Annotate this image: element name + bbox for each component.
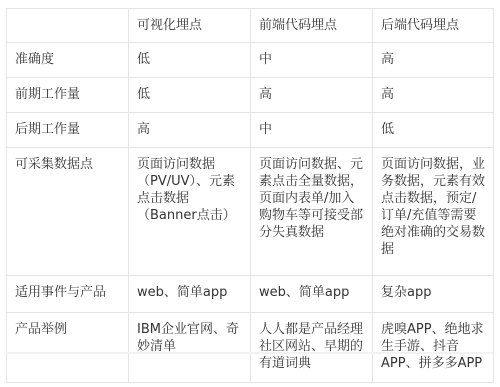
row-label: 可采集数据点 [7, 148, 129, 276]
header-cell-backend-tracking: 后端代码埋点 [373, 9, 494, 43]
row-label: 前期工作量 [7, 78, 129, 113]
row-label: 后期工作量 [7, 113, 129, 148]
table-header-row: 可视化埋点 前端代码埋点 后端代码埋点 [7, 9, 494, 43]
table-cell: 中 [251, 43, 373, 78]
table-cell: IBM企业官网、奇妙清单 [129, 313, 251, 383]
table-bottom-shadow [6, 352, 493, 354]
row-label: 适用事件与产品 [7, 276, 129, 313]
table-cell: 人人都是产品经理社区网站、早期的有道词典 [251, 313, 373, 383]
table-cell: 高 [129, 113, 251, 148]
table-row-applicable-products: 适用事件与产品 web、简单app web、简单app 复杂app [7, 276, 494, 313]
header-cell-visual-tracking: 可视化埋点 [129, 9, 251, 43]
table-cell: 高 [373, 43, 494, 78]
table-cell: web、简单app [251, 276, 373, 313]
table-cell: 高 [251, 78, 373, 113]
comparison-table: 可视化埋点 前端代码埋点 后端代码埋点 准确度 低 中 高 前期工作量 低 高 … [6, 8, 494, 383]
table-row-later-workload: 后期工作量 高 中 低 [7, 113, 494, 148]
header-cell-empty [7, 9, 129, 43]
table-cell: 高 [373, 78, 494, 113]
table-cell: 页面访问数据（PV/UV）、元素点击数据（Banner点击） [129, 148, 251, 276]
table-row-accuracy: 准确度 低 中 高 [7, 43, 494, 78]
table-cell: 低 [373, 113, 494, 148]
table-cell: 中 [251, 113, 373, 148]
table-cell: 复杂app [373, 276, 494, 313]
table-cell: 页面访问数据，业务数据，元素有效点击数据，预定/订单/充值等需要绝对准确的交易数… [373, 148, 494, 276]
row-label: 产品举例 [7, 313, 129, 383]
row-label: 准确度 [7, 43, 129, 78]
table-cell: 低 [129, 43, 251, 78]
table-cell: 虎嗅APP、绝地求生手游、抖音APP、拼多多APP [373, 313, 494, 383]
table-row-collectable-data: 可采集数据点 页面访问数据（PV/UV）、元素点击数据（Banner点击） 页面… [7, 148, 494, 276]
table-row-early-workload: 前期工作量 低 高 高 [7, 78, 494, 113]
table-row-product-examples: 产品举例 IBM企业官网、奇妙清单 人人都是产品经理社区网站、早期的有道词典 虎… [7, 313, 494, 383]
header-cell-frontend-tracking: 前端代码埋点 [251, 9, 373, 43]
table-cell: 低 [129, 78, 251, 113]
table-cell: web、简单app [129, 276, 251, 313]
table-cell: 页面访问数据、元素点击全量数据，页面内表单/加入购物车等可接受部分失真数据 [251, 148, 373, 276]
